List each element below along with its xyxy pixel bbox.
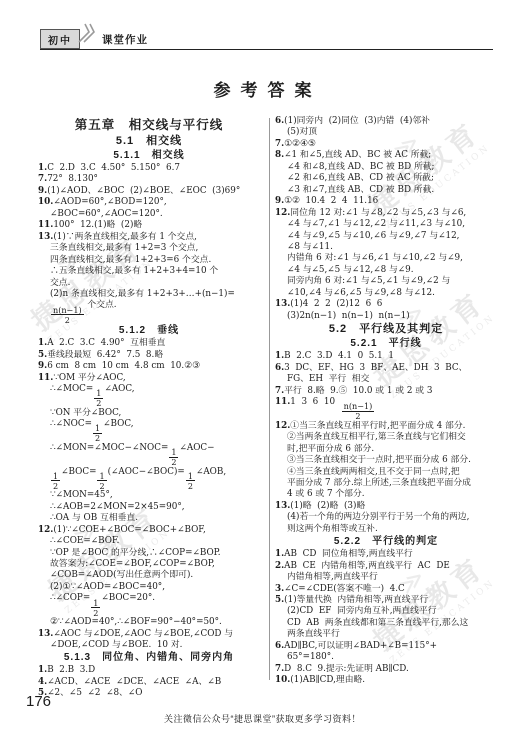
answer-line: (5)对顶 bbox=[275, 127, 497, 138]
answer-line: 9.①② 10.4 2 4 11.16 bbox=[275, 196, 497, 207]
answer-line: ②∵∠AOD=40°,∴∠BOF=90°−40°=50°. bbox=[38, 617, 260, 628]
answer-line: 3.∠C=∠CDE(答案不唯一) 4.C bbox=[275, 584, 497, 595]
answer-line: 13.(1)∵两条直线相交,最多有 1 个交点, bbox=[38, 232, 260, 243]
answer-line: (2)n 条直线相交,最多有 1+2+3+…+(n−1)= bbox=[38, 289, 260, 300]
answer-line: ∴∠AOB=2∠MON=2×45=90°, bbox=[38, 502, 260, 513]
answer-columns: 第五章 相交线与平行线5.1 相交线5.1.1 相交线1.C 2.D 3.C 4… bbox=[38, 116, 497, 680]
fraction: 12 bbox=[93, 424, 102, 442]
answer-column-left: 第五章 相交线与平行线5.1 相交线5.1.1 相交线1.C 2.D 3.C 4… bbox=[38, 116, 260, 680]
section-heading: 5.2 平行线及其判定 bbox=[275, 322, 497, 337]
answer-line: 5.(1)等量代换 内错角相等,两直线平行 bbox=[275, 595, 497, 606]
answer-line: 三条直线相交,最多有 1+2=3 个交点, bbox=[38, 243, 260, 254]
answer-line: FG、EH 平行 相交 bbox=[275, 374, 497, 385]
answer-line: 10.(1)AB∥CD,理由略. bbox=[275, 675, 497, 686]
fraction: n(n−1)2 bbox=[51, 306, 84, 324]
subsection-heading: 5.1.1 相交线 bbox=[38, 149, 260, 163]
fraction: 12 bbox=[91, 599, 100, 617]
answer-line: ∠DOE,∠COD 与∠BOE. 10 对. bbox=[38, 640, 260, 651]
answer-line: 6.3 DC、EF、HG 3 BF、AE、DH 3 BC、 bbox=[275, 363, 497, 374]
answer-line: ∵∠MON=45°, bbox=[38, 490, 260, 501]
answer-line: 1.B 2.C 3.D 4.1 0 5.1 1 bbox=[275, 351, 497, 362]
answer-line: 8.∠1 和∠5,直线 AD、BC 被 AC 所截; bbox=[275, 150, 497, 161]
answer-line: 9.(1)∠AOD、∠BOC (2)∠BOE、∠EOC (3)69° bbox=[38, 186, 260, 197]
answer-line: 6.(1)同旁内 (2)同位 (3)内错 (4)邻补 bbox=[275, 116, 497, 127]
answer-line: ∵OP 是∠BOC 的平分线,∴∠COP=∠BOP. bbox=[38, 548, 260, 559]
answer-line: 11.1 3 6 10 n(n−1)2 bbox=[275, 397, 497, 421]
answer-line: 10.∠AOD=60°,∠BOD=120°, bbox=[38, 197, 260, 208]
answer-line: ∠4 与∠9,∠5 与∠10,∠6 与∠9,∠7 与∠12, bbox=[275, 231, 497, 242]
header-title: 课堂作业 bbox=[102, 32, 148, 47]
answer-line: 则这两个角相等或互补. bbox=[275, 524, 497, 535]
answer-line: ∠2 和∠6,直线 AB、CD 被 AC 所截; bbox=[275, 173, 497, 184]
page-header: 初中 课堂作业 bbox=[40, 29, 148, 49]
subsection-heading: 5.1.3 同位角、内错角、同旁内角 bbox=[38, 651, 260, 665]
answer-line: 7.72° 8.130° bbox=[38, 174, 260, 185]
answer-line: 1.B 2.B 3.D bbox=[38, 665, 260, 676]
answer-line: 1.AB CD 同位角相等,两直线平行 bbox=[275, 549, 497, 560]
subsection-heading: 5.2.2 平行线的判定 bbox=[275, 535, 497, 549]
answer-line: ∴∠COP=12∠BOC=20°. bbox=[38, 593, 260, 617]
fraction: 12 bbox=[94, 389, 103, 407]
answer-page: ≫ 捷思教育 ZEUS EDUCATION ≫ 捷思教育 ZEUS EDUCAT… bbox=[0, 0, 525, 738]
answer-line: 两条直线平行 bbox=[275, 629, 497, 640]
answer-line: ∠COB=∠AOD(写出任意两个即可). bbox=[38, 570, 260, 581]
answer-line: 65°=180°. bbox=[275, 652, 497, 663]
answer-line: (4)若一个角的两边分别平行于另一个角的两边, bbox=[275, 512, 497, 523]
subsection-heading: 5.1.2 垂线 bbox=[38, 324, 260, 338]
answer-line: 11.100° 12.(1)略 (2)略 bbox=[38, 220, 260, 231]
answer-line: ④当三条直线两两相交,且不交于同一点时,把 bbox=[275, 467, 497, 478]
answer-line: ∴五条直线相交,最多有 1+2+3+4=10 个 bbox=[38, 266, 260, 277]
answer-line: 13.(1)略 (2)略 (3)略 bbox=[275, 501, 497, 512]
answer-line: ∴∠COE=∠BOF. bbox=[38, 536, 260, 547]
answer-line: 同旁内角 6 对:∠1 与∠5,∠1 与∠9,∠2 与 bbox=[275, 276, 497, 287]
answer-line: (2)①∵∠AOD=∠BOC=40°, bbox=[38, 582, 260, 593]
answer-line: ∠4 与∠7,∠1 与∠12,∠2 与∠11,∠3 与∠10, bbox=[275, 219, 497, 230]
answer-line: ∠8 与∠11. bbox=[275, 242, 497, 253]
answer-line: 时,把平面分成 6 部分. bbox=[275, 444, 497, 455]
fraction: n(n−1)2 bbox=[342, 402, 375, 420]
fraction: 12 bbox=[186, 472, 195, 490]
answer-line: 7.平行 8.略 9.⑤ 10.0 或 1 或 2 或 3 bbox=[275, 386, 497, 397]
answer-line: 13.∠AOC 与∠DOE,∠AOC 与∠BOE,∠COD 与 bbox=[38, 629, 260, 640]
answer-line: 故答案为:∠COE=∠BOF,∠COP=∠BOP, bbox=[38, 559, 260, 570]
answer-line: 7.①②④⑤ bbox=[275, 139, 497, 150]
subsection-heading: 5.2.1 平行线 bbox=[275, 337, 497, 351]
answer-line: (2)CD EF 同旁内角互补,两直线平行 bbox=[275, 606, 497, 617]
footer-note: 关注微信公众号“捷思课堂”获取更多学习资料！ bbox=[0, 712, 525, 725]
page-title: 参考答案 bbox=[0, 76, 525, 101]
answer-line: ∴∠MOC=12∠AOC, bbox=[38, 384, 260, 408]
answer-column-right: 6.(1)同旁内 (2)同位 (3)内错 (4)邻补(5)对顶7.①②④⑤8.∠… bbox=[275, 116, 497, 680]
page-number: 176 bbox=[26, 693, 51, 710]
answer-line: (3)2n(n−1) n(n−1) n(n−1) bbox=[275, 311, 497, 322]
answer-line: 内错角 6 对:∠1 与∠6,∠1 与∠10,∠2 与∠9, bbox=[275, 253, 497, 264]
answer-line: 1.A 2.C 3.C 4.90° 互相垂直 bbox=[38, 338, 260, 349]
section-heading: 5.1 相交线 bbox=[38, 134, 260, 149]
answer-line: 2.AB CE 内错角相等,两直线平行 AC DE bbox=[275, 561, 497, 572]
answer-line: 7.D 8.C 9.提示:先证明 AB∥CD. bbox=[275, 664, 497, 675]
answer-line: 13.(1)4 2 2 (2)12 6 6 bbox=[275, 299, 497, 310]
answer-line: 5.垂线段最短 6.42° 7.5 8.略 bbox=[38, 350, 260, 361]
answer-line: ∠BOC=60°,∠AOC=120°. bbox=[38, 209, 260, 220]
answer-line: ∠3 和∠7,直线 AB、CD 被 BD 所截. bbox=[275, 185, 497, 196]
answer-line: ∠4 与∠5,∠5 与∠12,∠8 与∠9. bbox=[275, 265, 497, 276]
answer-line: 12.同位角 12 对:∠1 与∠8,∠2 与∠5,∠3 与∠6, bbox=[275, 208, 497, 219]
answer-line: 5.∠2、∠5 ∠2 ∠8、∠O bbox=[38, 688, 260, 699]
answer-line: n(n−1)2 个交点. bbox=[38, 300, 260, 324]
answer-line: ②当两条直线互相平行,第三条直线与它们相交 bbox=[275, 432, 497, 443]
answer-line: 6.AD∥BC,可以证明∠BAD+∠B=115°+ bbox=[275, 641, 497, 652]
double-chevron-icon bbox=[74, 21, 100, 49]
answer-line: 四条直线相交,最多有 1+2+3=6 个交点. bbox=[38, 255, 260, 266]
answer-line: ∴∠MON=∠MOC−∠NOC=12∠AOC− bbox=[38, 443, 260, 467]
answer-line: 11.∵OM 平分∠AOC, bbox=[38, 373, 260, 384]
answer-line: 9.6 cm 8 cm 10 cm 4.8 cm 10.②③ bbox=[38, 361, 260, 372]
answer-line: 12.①当三条直线互相平行时,把平面分成 4 部分. bbox=[275, 421, 497, 432]
chapter-heading: 第五章 相交线与平行线 bbox=[38, 116, 260, 134]
answer-line: CD AB 两条直线都和第三条直线平行,那么这 bbox=[275, 618, 497, 629]
header-rule bbox=[40, 49, 493, 50]
answer-line: 交点. bbox=[38, 278, 260, 289]
answer-line: ∴∠NOC=12∠BOC, bbox=[38, 419, 260, 443]
answer-line: 12∠BOC=12(∠AOC−∠BOC)=12∠AOB, bbox=[38, 467, 260, 491]
answer-line: ③当三条直线相交于一点时,把平面分成 6 部分. bbox=[275, 455, 497, 466]
answer-line: 4 或 6 或 7 个部分. bbox=[275, 489, 497, 500]
answer-line: ∵ON 平分∠BOC, bbox=[38, 408, 260, 419]
answer-line: ∠4 和∠8,直线 AD、BC 被 BD 所截; bbox=[275, 162, 497, 173]
column-divider bbox=[269, 118, 270, 680]
fraction: 12 bbox=[51, 472, 60, 490]
answer-line: 1.C 2.D 3.C 4.50° 5.150° 6.7 bbox=[38, 163, 260, 174]
fraction: 12 bbox=[169, 448, 178, 466]
answer-line: 4.∠ACD、∠ACE ∠DCE、∠ACE ∠A、∠B bbox=[38, 677, 260, 688]
answer-line: ∠10,∠4 与∠6,∠5 与∠9,∠8 与∠12. bbox=[275, 288, 497, 299]
fraction: 12 bbox=[97, 472, 106, 490]
answer-line: ∴OA 与 OB 互相垂直. bbox=[38, 513, 260, 524]
answer-line: 内错角相等,两直线平行 bbox=[275, 572, 497, 583]
answer-line: 平面分成 7 部分.综上所述,三条直线把平面分成 bbox=[275, 478, 497, 489]
answer-line: 12.(1)∵∠COE+∠BOC=∠BOC+∠BOF, bbox=[38, 525, 260, 536]
